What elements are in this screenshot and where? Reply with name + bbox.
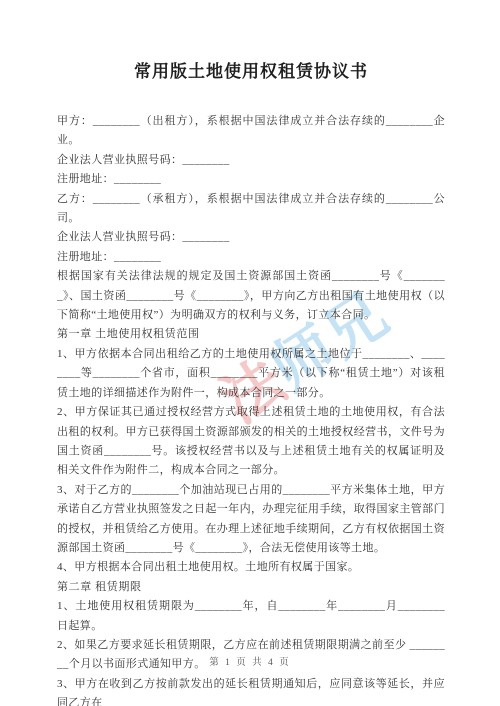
contract-paragraph: 3、对于乙方的________个加油站现已占用的________平方米集体土地，… bbox=[57, 481, 445, 559]
contract-paragraph: 4、甲方根据本合同出租土地使用权。土地所有权属于国家。 bbox=[57, 558, 445, 577]
contract-paragraph: 甲方：________（出租方），系根据中国法律成立并合法存续的________… bbox=[57, 112, 445, 151]
contract-paragraph: 注册地址：________ bbox=[57, 170, 445, 189]
contract-paragraph: 1、土地使用权租赁期限为________年，自________年________… bbox=[57, 597, 445, 636]
contract-paragraph: 注册地址：________ bbox=[57, 248, 445, 267]
page-number: 第 1 页 共 4 页 bbox=[0, 654, 500, 668]
contract-paragraph: 乙方：________（承租方），系根据中国法律成立并合法存续的________… bbox=[57, 190, 445, 229]
document-title: 常用版土地使用权租赁协议书 bbox=[57, 62, 445, 82]
document-page: 法师兄 常用版土地使用权租赁协议书 甲方：________（出租方），系根据中国… bbox=[0, 0, 500, 706]
document-body: 甲方：________（出租方），系根据中国法律成立并合法存续的________… bbox=[57, 112, 445, 706]
document-content: 常用版土地使用权租赁协议书 甲方：________（出租方），系根据中国法律成立… bbox=[0, 0, 500, 706]
chapter-heading: 第二章 租赁期限 bbox=[57, 578, 445, 597]
contract-paragraph: 2、甲方保证其已通过授权经营方式取得上述租赁土地的土地使用权，有合法出租的权利。… bbox=[57, 403, 445, 481]
contract-paragraph: 根据国家有关法律法规的规定及国土资源部国土资函________号《_______… bbox=[57, 267, 445, 325]
contract-paragraph: 3、甲方在收到乙方按前款发出的延长租赁期通知后，应同意该等延长，并应同乙方在 bbox=[57, 675, 445, 706]
contract-paragraph: 企业法人营业执照号码：________ bbox=[57, 228, 445, 247]
chapter-heading: 第一章 土地使用权租赁范围 bbox=[57, 325, 445, 344]
contract-paragraph: 1、甲方依据本合同出租给乙方的土地使用权所属之土地位于________、____… bbox=[57, 345, 445, 403]
contract-paragraph: 企业法人营业执照号码：________ bbox=[57, 151, 445, 170]
